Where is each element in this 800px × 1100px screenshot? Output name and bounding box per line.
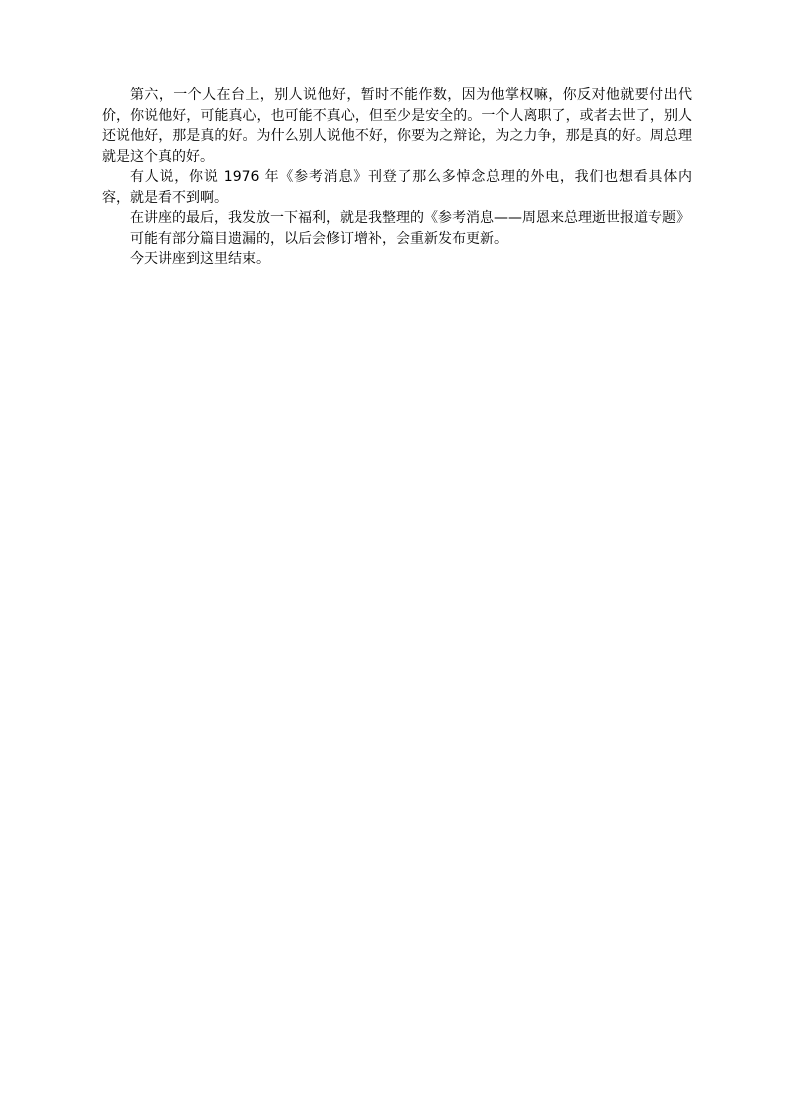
paragraph-bonus: 在讲座的最后，我发放一下福利，就是我整理的《参考消息——周恩来总理逝世报道专题》 bbox=[102, 208, 692, 229]
paragraph-sixth-point: 第六，一个人在台上，别人说他好，暂时不能作数，因为他掌权嘛，你反对他就要付出代价… bbox=[102, 85, 692, 167]
document-page: 第六，一个人在台上，别人说他好，暂时不能作数，因为他掌权嘛，你反对他就要付出代价… bbox=[102, 85, 692, 270]
paragraph-closing: 今天讲座到这里结束。 bbox=[102, 249, 692, 270]
paragraph-revision-note: 可能有部分篇目遗漏的，以后会修订增补，会重新发布更新。 bbox=[102, 229, 692, 250]
paragraph-reference-news: 有人说，你说 1976 年《参考消息》刊登了那么多悼念总理的外电，我们也想看具体… bbox=[102, 167, 692, 208]
